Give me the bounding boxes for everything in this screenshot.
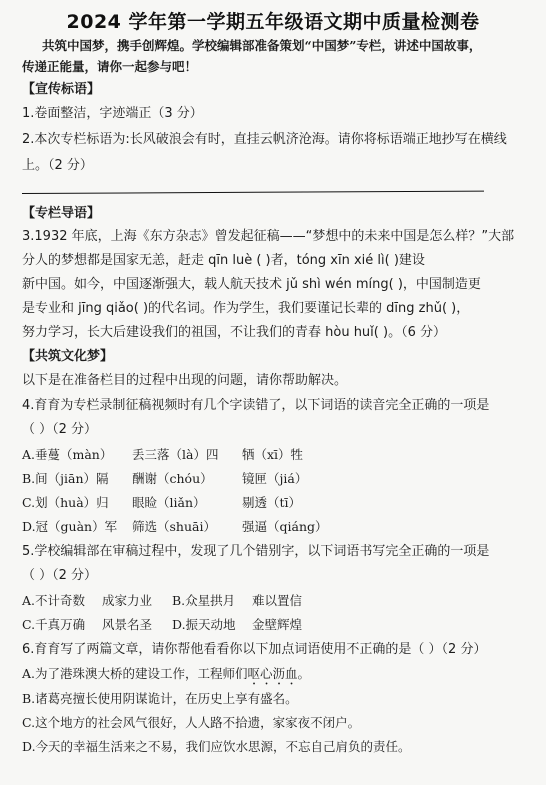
q5-b-1: B.众星拱月 bbox=[172, 592, 235, 610]
question-4-line-1: 4.育育为专栏录制征稿视频时有几个字读错了，以下词语的读音完全正确的一项是 bbox=[22, 397, 489, 415]
question-3-line-1: 3.1932 年底，上海《东方杂志》曾发起征稿——“梦想中的未来中国是怎么样？”… bbox=[22, 228, 514, 246]
q4-a-2: 丢三落（là）四 bbox=[132, 446, 218, 464]
section-heading-culture: 【共筑文化梦】 bbox=[22, 348, 113, 366]
q4-a-1: A.垂蔓（màn） bbox=[22, 446, 112, 464]
question-3-line-4: 是专业和 jīng qiǎo( )的代名词。作为学生，我们要谨记长辈的 dīng… bbox=[22, 300, 469, 318]
intro-line-1: 共筑中国梦，携手创辉煌。学校编辑部准备策划“中国梦”专栏，讲述中国故事， bbox=[42, 37, 481, 55]
question-2-line-2: 上。（2 分） bbox=[22, 157, 93, 175]
q5-c-1: C.千真万确 bbox=[22, 616, 85, 634]
question-2-line-1: 2.本次专栏标语为:长风破浪会有时，直挂云帆济沧海。请你将标语端正地抄写在横线 bbox=[22, 131, 507, 149]
q5-b-2: 难以置信 bbox=[252, 592, 302, 610]
q4-a-3: 牺（xī）牲 bbox=[242, 446, 303, 464]
q6-option-d: D.今天的幸福生活来之不易，我们应饮水思源，不忘自己肩负的责任。 bbox=[22, 738, 411, 756]
q4-b-3: 镜匣（jiá） bbox=[242, 470, 307, 488]
question-3-line-5: 努力学习，长大后建设我们的祖国，不让我们的青春 hòu huǐ( )。（6 分） bbox=[22, 324, 446, 342]
q6-a-dotted-phrase: 呕心沥血 bbox=[248, 666, 298, 681]
q5-d-2: 金壁辉煌 bbox=[252, 616, 302, 634]
q4-d-2: 筛选（shuāi） bbox=[132, 518, 216, 536]
q4-b-2: 酬谢（chóu） bbox=[132, 470, 213, 488]
question-4-line-2: （ ）（2 分） bbox=[22, 421, 97, 439]
question-6-stem: 6.育育写了两篇文章，请你帮他看看你以下加点词语使用不正确的是（ ）（2 分） bbox=[22, 641, 486, 659]
question-3-line-3: 新中国。如今，中国逐渐强大，载人航天技术 jǔ shì wén míng( )，… bbox=[22, 276, 481, 294]
exam-page: 2024 学年第一学期五年级语文期中质量检测卷 共筑中国梦，携手创辉煌。学校编辑… bbox=[0, 0, 546, 785]
intro-line-2: 传递正能量，请你一起参与吧！ bbox=[22, 58, 197, 76]
question-1: 1.卷面整洁，字迹端正（3 分） bbox=[22, 105, 203, 123]
section-heading-slogan: 【宣传标语】 bbox=[22, 81, 100, 99]
q6-option-c: C.这个地方的社会风气很好，人人路不拾遗，家家夜不闭户。 bbox=[22, 714, 360, 732]
q4-c-3: 剔透（tī） bbox=[242, 494, 301, 512]
q5-a-1: A.不计奇数 bbox=[22, 592, 85, 610]
q5-d-1: D.振天动地 bbox=[172, 616, 236, 634]
question-5-line-1: 5.学校编辑部在审稿过程中，发现了几个错别字，以下词语书写完全正确的一项是 bbox=[22, 543, 489, 561]
section-heading-intro: 【专栏导语】 bbox=[22, 205, 100, 223]
q5-c-2: 风景名圣 bbox=[102, 616, 152, 634]
exam-title: 2024 学年第一学期五年级语文期中质量检测卷 bbox=[0, 7, 546, 34]
section-3-intro: 以下是在准备栏目的过程中出现的问题，请你帮助解决。 bbox=[22, 372, 347, 390]
q4-c-2: 眼睑（liǎn） bbox=[132, 494, 206, 512]
question-3-line-2: 分人的梦想都是国家无恙，赶走 qīn luè ( )者，tóng xīn xié… bbox=[22, 252, 425, 270]
q6-a-suffix: 。 bbox=[298, 666, 311, 681]
answer-line[interactable] bbox=[22, 191, 484, 194]
q6-option-b: B.诸葛亮擅长使用阴谋诡计，在历史上享有盛名。 bbox=[22, 690, 298, 708]
question-5-line-2: （ ）（2 分） bbox=[22, 567, 97, 585]
q4-d-3: 强逼（qiáng） bbox=[242, 518, 328, 536]
q4-c-1: C.划（huà）归 bbox=[22, 494, 109, 512]
q5-a-2: 成家力业 bbox=[102, 592, 152, 610]
q6-option-a: A.为了港珠澳大桥的建设工作，工程师们呕心沥血。 bbox=[22, 665, 310, 688]
q4-b-1: B.间（jiān）隔 bbox=[22, 470, 109, 488]
q4-d-1: D.冠（guàn）军 bbox=[22, 518, 117, 536]
q6-a-prefix: A.为了港珠澳大桥的建设工作，工程师们 bbox=[22, 666, 248, 681]
